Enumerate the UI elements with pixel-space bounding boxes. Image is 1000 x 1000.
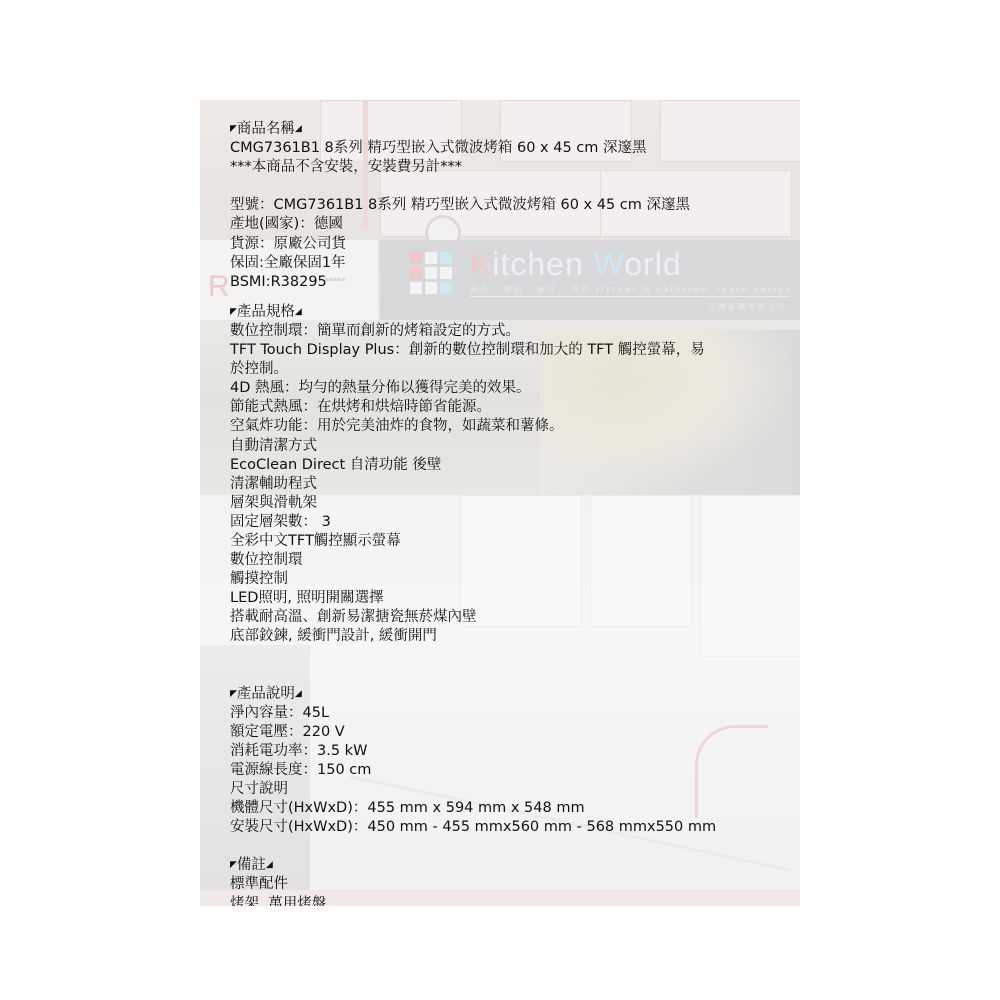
section-heading-description: ◤產品說明◢ xyxy=(230,685,790,704)
spec-feature: 空氣炸功能：用於完美油炸的食物，如蔬菜和薯條。 xyxy=(230,417,790,436)
origin-line: 產地(國家)：德國 xyxy=(230,215,790,234)
spec-feature: 於控制。 xyxy=(230,360,790,379)
cord-length-line: 電源線長度：150 cm xyxy=(230,761,790,780)
spec-feature: 數位控制環：簡單而創新的烤箱設定的方式。 xyxy=(230,322,790,341)
triangle-close-icon: ◢ xyxy=(295,303,302,322)
power-line: 消耗電功率：3.5 kW xyxy=(230,742,790,761)
section-heading-specs: ◤產品規格◢ xyxy=(230,303,790,322)
capacity-line: 淨內容量：45L xyxy=(230,704,790,723)
accessories-heading: 標準配件 xyxy=(230,875,790,894)
spec-line: 數位控制環 xyxy=(230,551,790,570)
spec-line: 觸摸控制 xyxy=(230,570,790,589)
triangle-open-icon: ◤ xyxy=(230,120,237,139)
spec-line: 固定層架數： 3 xyxy=(230,513,790,532)
triangle-close-icon: ◢ xyxy=(266,856,273,875)
spec-line: 底部鉸鍊, 緩衝門設計, 緩衝開門 xyxy=(230,627,790,646)
section-heading-notes: ◤備註◢ xyxy=(230,856,790,875)
triangle-open-icon: ◤ xyxy=(230,856,237,875)
product-description-panel: R ▪▪▪▪▪ Kitchen World 廚具 · 衛浴 · 廚具 · 零件 … xyxy=(200,100,800,906)
spec-line: LED照明, 照明開關選擇 xyxy=(230,589,790,608)
triangle-open-icon: ◤ xyxy=(230,685,237,704)
spec-line: 清潔輔助程式 xyxy=(230,475,790,494)
spec-line: 自動清潔方式 xyxy=(230,437,790,456)
triangle-close-icon: ◢ xyxy=(295,120,302,139)
accessories-line: 烤架, 萬用烤盤 xyxy=(230,895,790,906)
warranty-line: 保固:全廠保固1年 xyxy=(230,254,790,273)
spec-feature: TFT Touch Display Plus：創新的數位控制環和加大的 TFT … xyxy=(230,341,790,360)
product-text-content: ◤商品名稱◢ CMG7361B1 8系列 精巧型嵌入式微波烤箱 60 x 45 … xyxy=(230,120,790,906)
dimensions-heading: 尺寸說明 xyxy=(230,780,790,799)
bsmi-line: BSMI:R38295 xyxy=(230,273,790,292)
spec-line: 全彩中文TFT觸控顯示螢幕 xyxy=(230,532,790,551)
left-sign-logo: R xyxy=(208,270,230,304)
triangle-open-icon: ◤ xyxy=(230,303,237,322)
product-name-line: CMG7361B1 8系列 精巧型嵌入式微波烤箱 60 x 45 cm 深邃黑 xyxy=(230,139,790,158)
model-line: 型號：CMG7361B1 8系列 精巧型嵌入式微波烤箱 60 x 45 cm 深… xyxy=(230,196,790,215)
source-line: 貨源：原廠公司貨 xyxy=(230,235,790,254)
spec-feature: 4D 熱風：均勻的熱量分佈以獲得完美的效果。 xyxy=(230,379,790,398)
install-dimensions-line: 安裝尺寸(HxWxD)：450 mm - 455 mmx560 mm - 568… xyxy=(230,818,790,837)
triangle-close-icon: ◢ xyxy=(295,685,302,704)
voltage-line: 額定電壓：220 V xyxy=(230,723,790,742)
spec-line: 層架與滑軌架 xyxy=(230,494,790,513)
body-dimensions-line: 機體尺寸(HxWxD)：455 mm x 594 mm x 548 mm xyxy=(230,799,790,818)
spec-feature: 節能式熱風：在烘烤和烘焙時節省能源。 xyxy=(230,398,790,417)
installation-note: ***本商品不含安裝，安裝費另計*** xyxy=(230,158,790,177)
spec-line: EcoClean Direct 自清功能 後壁 xyxy=(230,456,790,475)
section-heading-product-name: ◤商品名稱◢ xyxy=(230,120,790,139)
spec-line: 搭載耐高溫、創新易潔搪瓷無菸煤內壁 xyxy=(230,608,790,627)
